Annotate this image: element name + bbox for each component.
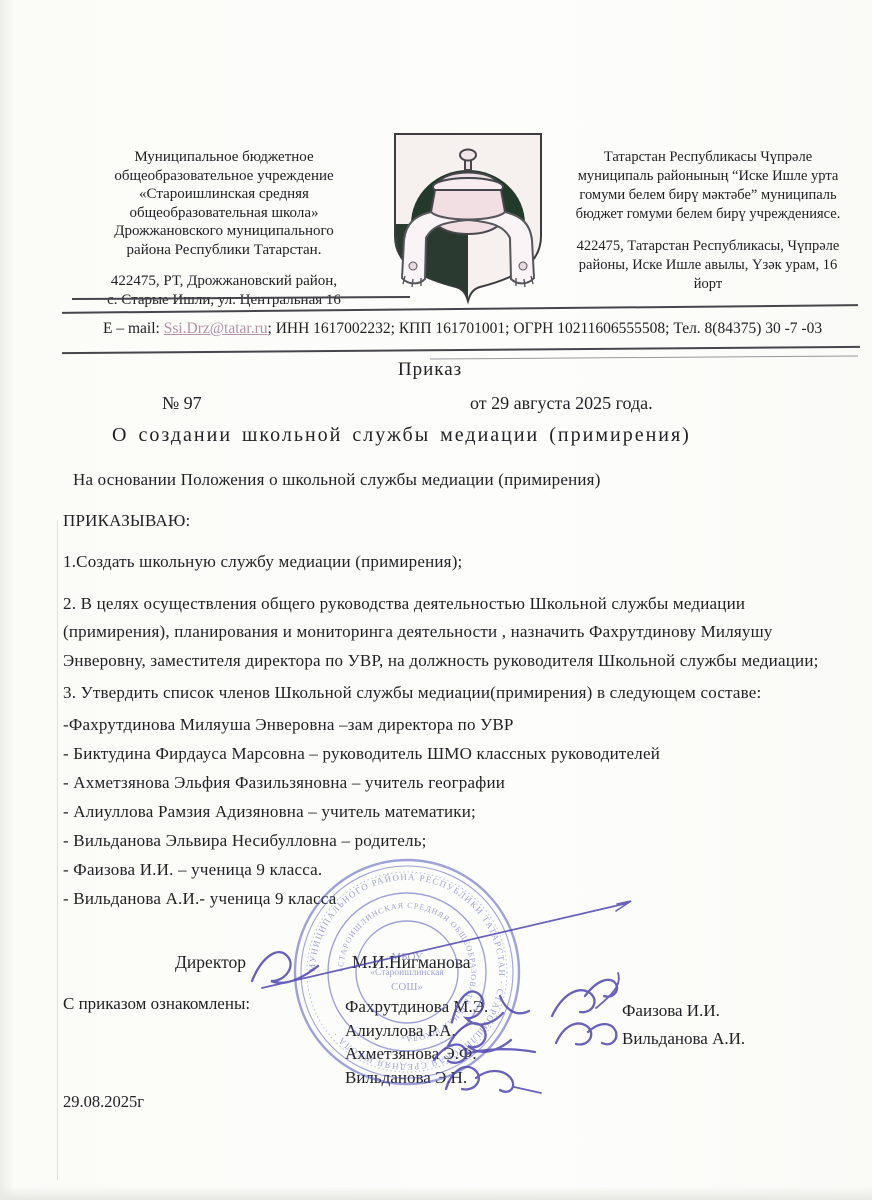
order-body: На основании Положения о школьной службы…	[63, 466, 841, 913]
order-item: 1.Создать школьную службу медиации (прим…	[63, 548, 841, 577]
acknowledged-names-left-column: Фахрутдинова М.Э. Алиуллова Р.А. Ахметзя…	[345, 995, 488, 1089]
org-right-address: 422475, Татарстан Республикасы, Чүпрәле	[558, 237, 858, 256]
org-left-line: «Староишлинская средняя	[70, 185, 378, 204]
basis-paragraph: На основании Положения о школьной службы…	[63, 466, 841, 495]
school-district-emblem	[383, 126, 553, 313]
acknowledged-name: Вильданова Э.Н.	[345, 1066, 488, 1090]
org-left-line: Муниципальное бюджетное	[70, 148, 378, 167]
org-left-address: 422475, РТ, Дрожжановский район,	[70, 272, 378, 291]
organization-name-russian: Муниципальное бюджетное общеобразователь…	[70, 148, 378, 313]
contact-details-line: E – mail: Ssi.Drz@tatar.ru; ИНН 16170022…	[103, 320, 822, 338]
member-list-item: - Фаизова И.И. – ученица 9 класса.	[63, 855, 841, 884]
director-name: М.И.Нигманова	[352, 952, 471, 973]
member-list-item: - Биктудина Фирдауса Марсовна – руководи…	[63, 739, 841, 768]
org-right-line: гомуми белем бирү мәктәбе” муниципаль	[558, 186, 858, 205]
order-item: 2. В целях осуществления общего руководс…	[63, 590, 841, 676]
order-date: от 29 августа 2025 года.	[470, 393, 653, 414]
document-type-title: Приказ	[0, 359, 860, 381]
acknowledged-name: Ахметзянова Э.Ф.	[345, 1042, 488, 1066]
divider	[62, 346, 860, 354]
member-list-item: - Вильданова Эльвира Несибулловна – роди…	[63, 826, 841, 855]
org-right-line: бюджет гомуми белем бирү учреждениясе.	[558, 205, 858, 224]
director-label: Директор	[175, 952, 246, 973]
coat-of-arms-icon	[383, 126, 553, 308]
signature-vildanova-ai	[556, 1024, 616, 1045]
org-right-line: муниципаль районының “Иске Ишле урта	[558, 167, 858, 186]
org-left-line: Дрожжановского муниципального	[70, 222, 378, 241]
email-link: Ssi.Drz@tatar.ru	[164, 320, 268, 337]
acknowledged-label: С приказом ознакомлены:	[63, 994, 250, 1014]
acknowledged-names-right-column: Фаизова И.И. Вильданова А.И.	[622, 997, 745, 1053]
org-right-address: районы, Иске Ишле авылы, Үзәк урам, 16	[558, 256, 858, 275]
org-left-line: района Республики Татарстан.	[70, 241, 378, 260]
acknowledged-name: Фаизова И.И.	[622, 997, 745, 1025]
signature-faizova	[552, 973, 619, 1016]
email-label: E – mail:	[103, 320, 164, 337]
member-list-item: - Вильданова А.И.- ученица 9 класса	[63, 884, 841, 913]
spacer	[558, 224, 858, 237]
order-item: 3. Утвердить список членов Школьной служ…	[63, 679, 841, 708]
organization-name-tatar: Татарстан Республикасы Чүпрәле муниципал…	[558, 148, 858, 313]
org-left-line: общеобразовательное учреждение	[70, 167, 378, 186]
letterhead: Муниципальное бюджетное общеобразователь…	[70, 148, 858, 313]
org-right-address: йорт	[558, 275, 858, 294]
signature-director	[252, 901, 631, 988]
member-list-item: - Алиуллова Рамзия Адизяновна – учитель …	[63, 797, 841, 826]
decree-word: ПРИКАЗЫВАЮ:	[63, 507, 841, 536]
member-list-item: -Фахрутдинова Миляуша Энверовна –зам дир…	[63, 710, 841, 739]
scan-artifact-line	[57, 520, 58, 1180]
acknowledged-name: Фахрутдинова М.Э.	[345, 995, 488, 1019]
footer-date: 29.08.2025г	[63, 1092, 144, 1112]
stamp-center-line: СОШ»	[391, 981, 423, 993]
acknowledged-name: Алиуллова Р.А.	[345, 1019, 488, 1043]
spacer	[70, 259, 378, 272]
member-list-item: - Ахметзянова Эльфия Фазильзяновна – учи…	[63, 768, 841, 797]
org-left-line: общеобразовательная школа»	[70, 204, 378, 223]
order-number: № 97	[162, 393, 202, 414]
registration-numbers: ; ИНН 1617002232; КПП 161701001; ОГРН 10…	[268, 320, 823, 337]
acknowledged-name: Вильданова А.И.	[622, 1025, 745, 1053]
order-subject: О создании школьной службы медиации (при…	[112, 424, 691, 447]
scanned-order-document: Муниципальное бюджетное общеобразователь…	[0, 0, 872, 1200]
org-right-line: Татарстан Республикасы Чүпрәле	[558, 148, 858, 167]
